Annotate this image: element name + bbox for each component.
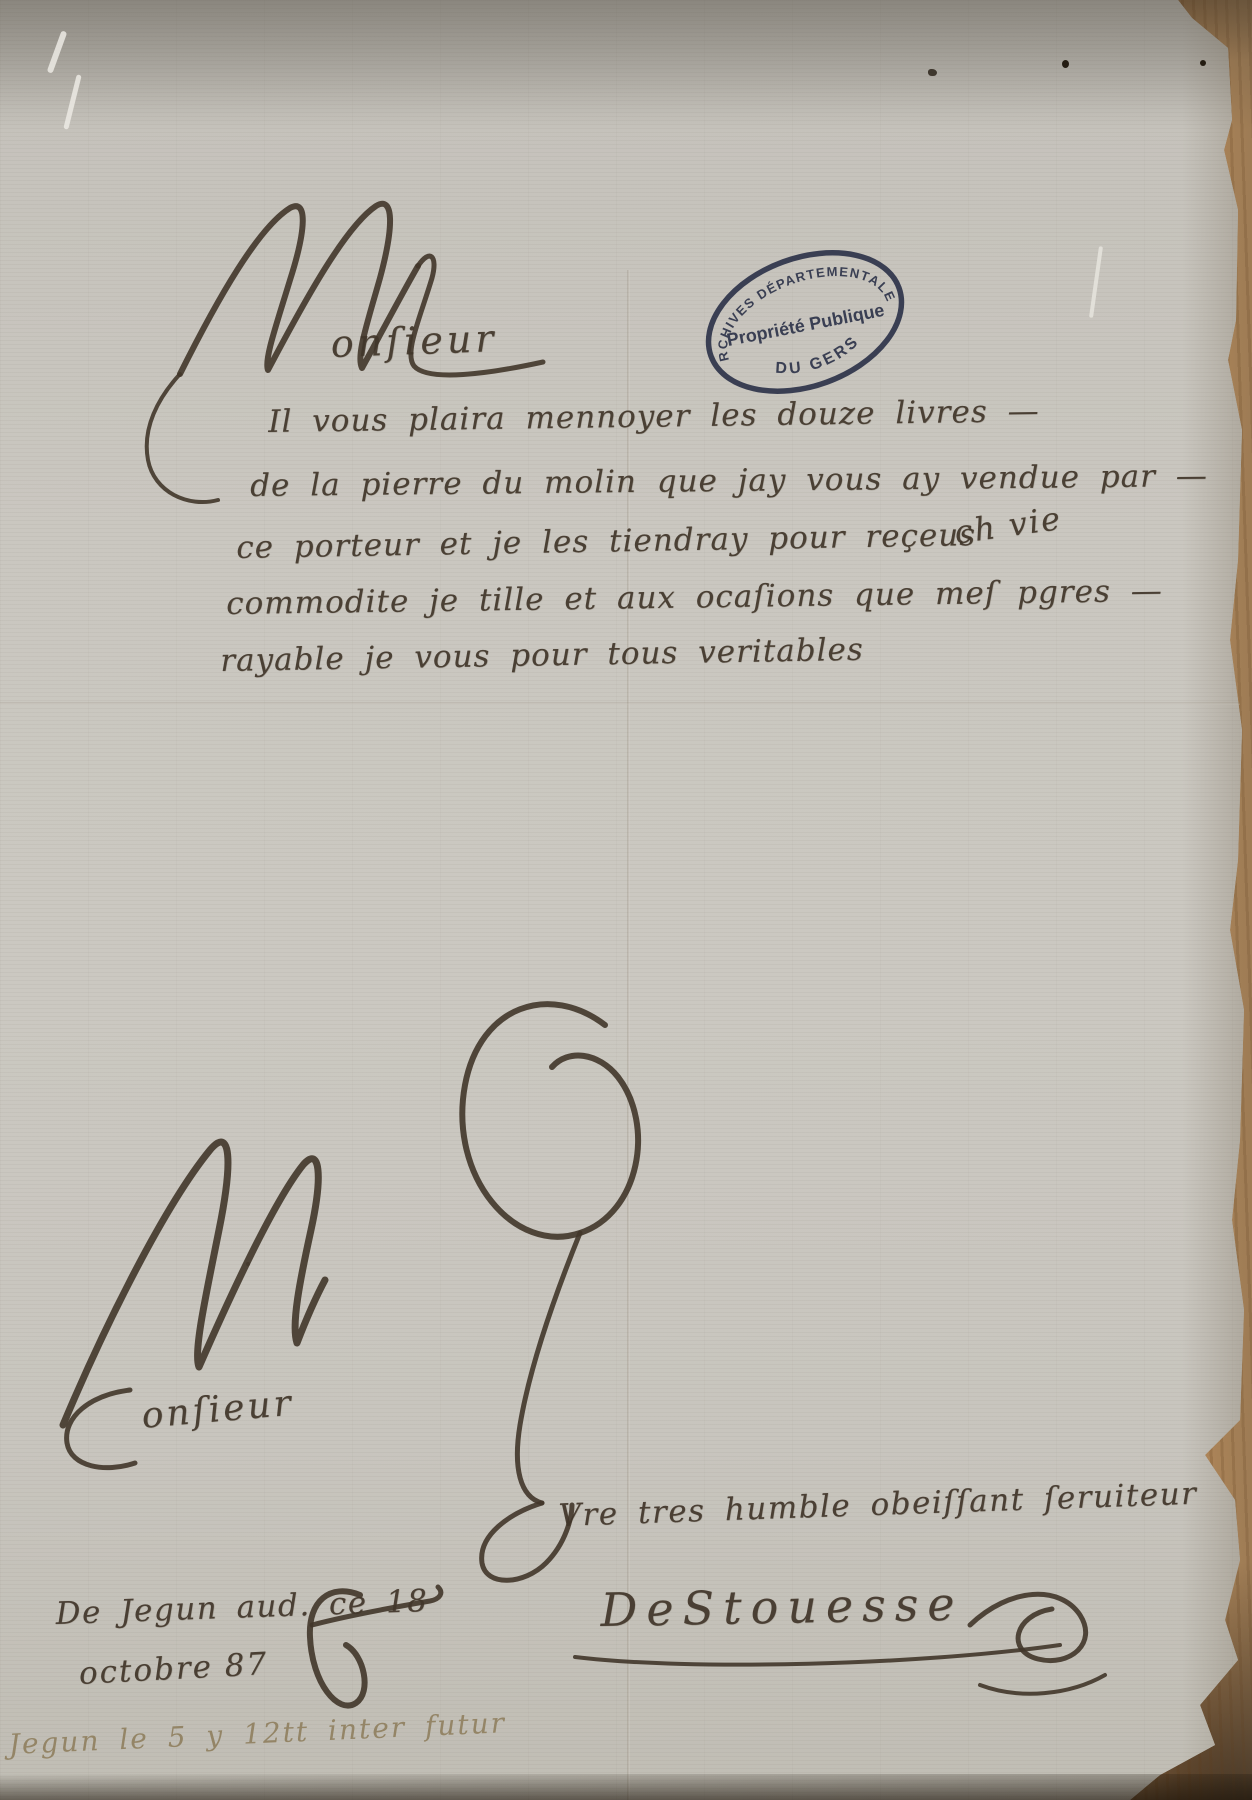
paper-speck	[1200, 60, 1206, 66]
paper-right-shadow	[1182, 0, 1252, 1800]
signature-flourish	[540, 1475, 1140, 1725]
horizontal-fold-crease	[0, 702, 1240, 705]
address-initial-flourish	[35, 1095, 365, 1495]
salutation-text: onſieur	[330, 316, 498, 366]
photo-bottom-shadow	[0, 1774, 1252, 1800]
manuscript-letter-photo: ARCHIVES DÉPARTEMENTALES Propriété Publi…	[0, 0, 1252, 1800]
paper-speck	[1062, 60, 1069, 68]
paper-speck	[928, 69, 937, 76]
